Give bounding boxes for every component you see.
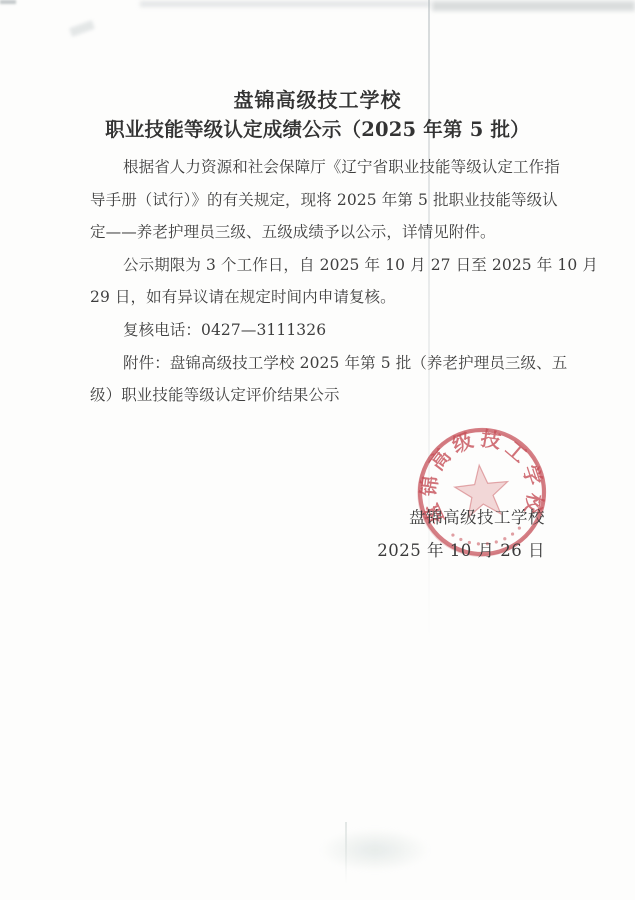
doc-body: 根据省人力资源和社会保障厅《辽宁省职业技能等级认定工作指 导手册（试行）》的有关… — [90, 151, 562, 412]
body-line: 根据省人力资源和社会保障厅《辽宁省职业技能等级认定工作指 — [90, 151, 562, 184]
doc-subtitle: 职业技能等级认定成绩公示（2025 年第 5 批） — [0, 114, 635, 142]
signature-date: 2025 年 10 月 26 日 — [377, 537, 545, 561]
body-line: 29 日，如有异议请在规定时间内申请复核。 — [90, 281, 562, 314]
scan-artifact-top-band — [140, 1, 430, 7]
scan-artifact-mark — [69, 20, 95, 37]
attachment-note-line: 附件：盘锦高级技工学校 2025 年第 5 批（养老护理员三级、五 — [90, 347, 562, 380]
body-line: 公示期限为 3 个工作日，自 2025 年 10 月 27 日至 2025 年 … — [90, 249, 562, 282]
doc-title: 盘锦高级技工学校 — [0, 84, 635, 113]
scan-artifact-bottom-smudge — [320, 828, 430, 872]
body-line: 定——养老护理员三级、五级成绩予以公示，详情见附件。 — [90, 216, 562, 249]
body-line: 导手册（试行）》的有关规定，现将 2025 年第 5 批职业技能等级认 — [90, 184, 562, 217]
attachment-note-line: 级）职业技能等级认定评价结果公示 — [90, 379, 562, 412]
scan-artifact-top-right — [432, 1, 635, 11]
scan-artifact-top-left — [0, 0, 16, 4]
review-phone-line: 复核电话：0427—3111326 — [90, 314, 562, 347]
document-page: 盘锦高级技工学校 职业技能等级认定成绩公示（2025 年第 5 批） 根据省人力… — [0, 0, 635, 900]
signature-name: 盘锦高级技工学校 — [409, 504, 545, 528]
scan-artifact-bottom-streak — [345, 822, 347, 884]
